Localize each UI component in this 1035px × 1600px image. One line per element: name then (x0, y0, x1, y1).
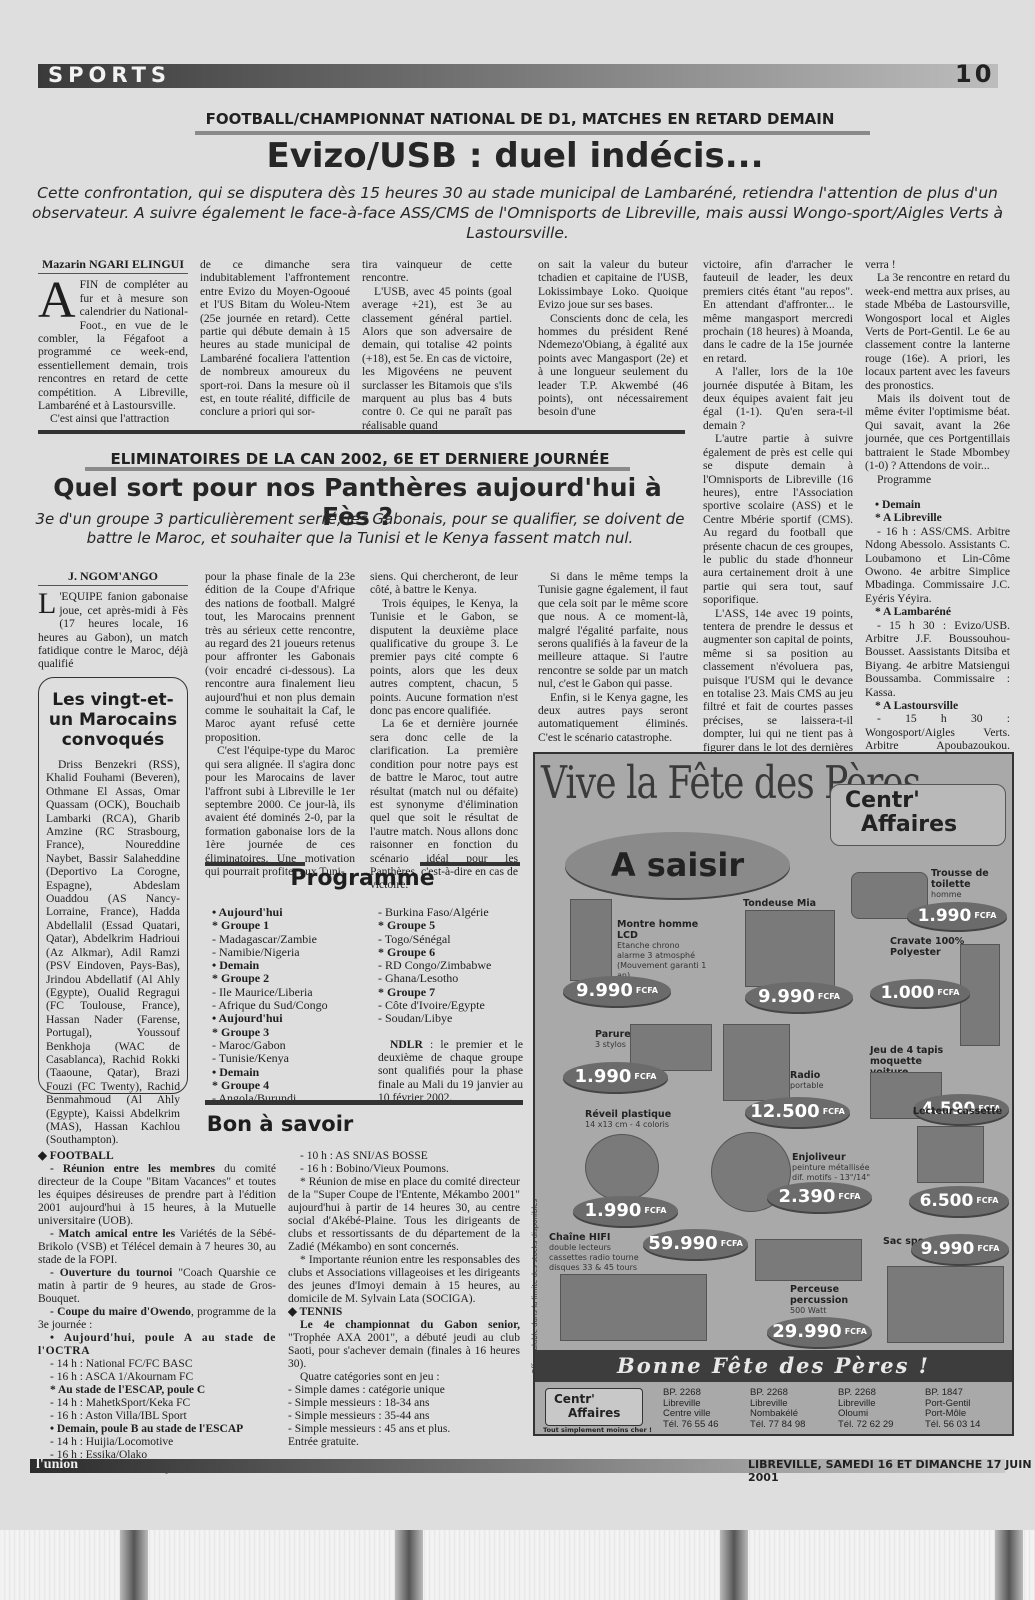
price-tag: 59.990FCFA (643, 1229, 748, 1259)
offer-validity-note: Offre valable dans la limite des stocks … (531, 1114, 545, 1374)
programme-note: NDLR : le premier et le deuxième de chaq… (378, 1038, 523, 1105)
scan-artifact (120, 1530, 148, 1600)
bon-a-savoir-title: Bon à savoir (195, 1112, 365, 1136)
section-header-bar (38, 64, 998, 88)
article1-column-4: on sait la valeur du buteur tchadien et … (538, 258, 688, 419)
newspaper-brand: l'union (36, 1457, 78, 1473)
brand-logo-small: Centr' Affaires (545, 1388, 643, 1426)
moroccan-squad-box: Les vingt-et-un Marocains convoqués Dris… (38, 677, 188, 1094)
price-tag: 9.990FCFA (911, 1234, 1009, 1264)
price-tag: 1.000FCFA (870, 979, 970, 1007)
dateline: LIBREVILLE, SAMEDI 16 ET DIMANCHE 17 JUI… (748, 1458, 1035, 1484)
scan-artifact (720, 1530, 748, 1600)
divider (355, 430, 685, 434)
bon-a-savoir-right: - 10 h : AS SNI/AS BOSSE - 16 h : Bobino… (288, 1150, 520, 1449)
divider (38, 430, 368, 434)
page-number: 10 (955, 60, 994, 88)
price-tag: 12.500FCFA (745, 1097, 850, 1127)
cassette-player-image (917, 1126, 984, 1183)
kicker-rule (85, 467, 630, 471)
programme-title: Programme (205, 866, 520, 891)
store-address: BP. 2268LibrevilleOloumiTél. 72 62 29 (838, 1388, 893, 1430)
article1-column-5: victoire, afin d'arracher le fauteuil de… (703, 258, 853, 781)
article2-deck: 3e d'un groupe 3 particulièrement serré,… (30, 510, 690, 548)
dropcap: L (38, 591, 56, 617)
box-title: Les vingt-et-un Marocains convoqués (47, 690, 179, 750)
programme-left-list: • Aujourd'hui * Groupe 1 - Madagascar/Za… (212, 906, 362, 1105)
trimmer-image (745, 910, 835, 987)
kicker-rule (195, 131, 870, 135)
newspaper-page: SPORTS 10 FOOTBALL/CHAMPIONNAT NATIONAL … (0, 0, 1035, 1530)
dropcap: A (38, 280, 76, 322)
brand-logo: Centr' Affaires (830, 784, 1006, 846)
match-programme: • Demain * A Libreville - 16 h : ASS/CMS… (865, 498, 1010, 793)
article1-column-2: de ce dimanche sera indubitablement l'af… (200, 258, 350, 419)
article2-column-1: J. NGOM'ANGO L 'EQUIPE fanion gabonaise … (38, 570, 188, 671)
article1-column-3: tira vainqueur de cette rencontre. L'USB… (362, 258, 512, 432)
ad-banner: Bonne Fête des Pères ! (535, 1350, 1012, 1382)
store-address: BP. 2268LibrevilleCentre villeTél. 76 55… (663, 1388, 718, 1430)
article1-column-1: Mazarin NGARI ELINGUI A FIN de compléter… (38, 258, 188, 426)
price-tag: 1.990FCFA (573, 1196, 678, 1226)
store-address: BP. 1847Port-GentilPort-MôleTél. 56 03 1… (925, 1388, 980, 1430)
sports-bag-image (887, 1266, 1004, 1343)
article2-kicker: ELIMINATOIRES DE LA CAN 2002, 6E ET DERN… (110, 450, 610, 468)
article2-byline: J. NGOM'ANGO (38, 570, 188, 586)
hifi-system-image (560, 1274, 707, 1341)
alarm-clock-image (585, 1134, 659, 1201)
article2-column-4: Si dans le même temps la Tunisie gagne é… (538, 570, 688, 744)
scan-artifact (995, 1530, 1023, 1600)
a-saisir-badge: A saisir (565, 832, 790, 898)
box-text: Driss Benzekri (RSS), Khalid Fouhami (Be… (46, 758, 180, 1147)
article2-column-2: pour la phase finale de la 23e édition d… (205, 570, 355, 878)
price-tag: 2.390FCFA (767, 1182, 872, 1212)
article1-deck: Cette confrontation, qui se disputera dè… (30, 183, 1005, 243)
ad-slogan: Tout simplement moins cher ! (543, 1426, 652, 1434)
price-tag: 9.990FCFA (563, 976, 671, 1006)
store-address: BP. 2268LibrevilleNombakéléTél. 77 84 98 (750, 1388, 805, 1430)
programme-right-list: - Burkina Faso/Algérie * Groupe 5 - Togo… (378, 906, 523, 1105)
radio-image (723, 1024, 790, 1101)
article1-column-6: verra ! La 3e rencontre en retard du wee… (865, 258, 1010, 793)
price-tag: 1.990FCFA (563, 1062, 668, 1092)
price-tag: 29.990FCFA (767, 1317, 872, 1347)
article1-kicker: FOOTBALL/CHAMPIONNAT NATIONAL DE D1, MAT… (200, 110, 840, 128)
centr-affaires-advertisement: Vive la Fête des Pères Centr' Affaires A… (533, 752, 1014, 1436)
drill-image (755, 1239, 862, 1281)
divider (205, 1100, 523, 1104)
section-label: SPORTS (48, 63, 171, 87)
article2-column-3: siens. Qui chercheront, de leur côté, à … (370, 570, 518, 892)
price-tag: 1.990FCFA (907, 902, 1007, 930)
price-tag: 9.990FCFA (745, 982, 853, 1012)
watch-image (570, 899, 612, 981)
article1-headline: Evizo/USB : duel indécis... (100, 136, 930, 176)
price-tag: 6.500FCFA (909, 1186, 1009, 1216)
scan-margin (0, 1530, 1035, 1600)
bon-a-savoir-left: ◆ FOOTBALL - Réunion entre les membres d… (38, 1150, 276, 1475)
scan-artifact (395, 1530, 423, 1600)
